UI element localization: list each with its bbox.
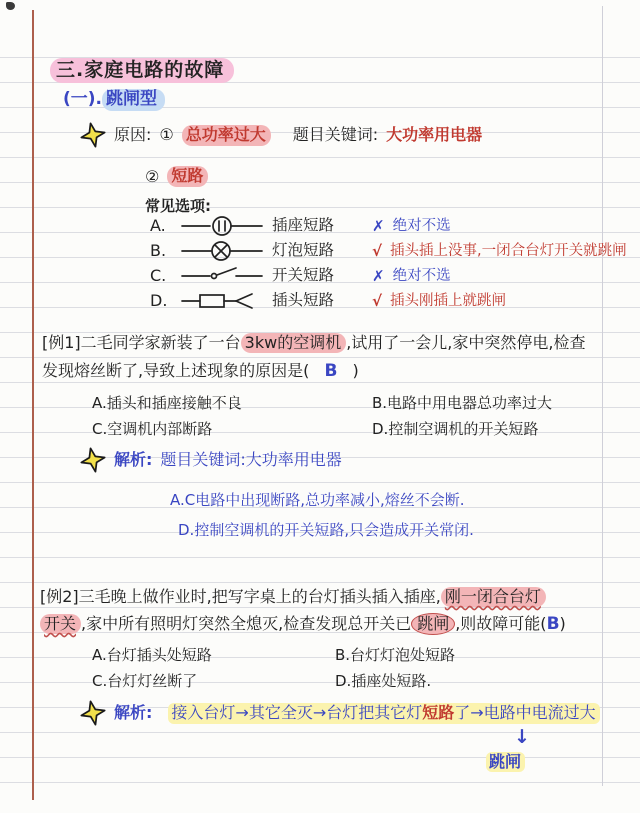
star-icon <box>78 120 109 151</box>
example1-line1: [例1]二毛同学家新装了一台3kw的空调机,试用了一会儿,家中突然停电,检查 <box>42 333 585 353</box>
option-letter: B. <box>150 241 172 261</box>
left-margin-line <box>32 10 34 800</box>
example2-text: ) <box>560 614 566 633</box>
example2-choice-a: A.台灯插头处短路 <box>92 646 212 665</box>
cross-mark-icon: ✗ <box>372 267 385 286</box>
example2-text: ,家中所有照明灯突然全熄灭,检查发现总开关已 <box>81 614 411 633</box>
example1-choice-b: B.电路中用电器总功率过大 <box>372 394 552 413</box>
lamp-symbol-icon <box>180 240 264 262</box>
analysis-label: 解析: <box>114 703 152 723</box>
option-comment: 插头刚插上就跳闸 <box>390 292 506 310</box>
example1-choice-d: D.控制空调机的开关短路 <box>372 420 538 439</box>
keyword-value: 大功率用电器 <box>386 125 482 145</box>
check-mark-icon: √ <box>372 242 382 261</box>
reason-item2: 短路 <box>167 166 208 187</box>
option-row-b: B. 灯泡短路 √ 插头插上没事,一闭合台灯开关就跳闸 <box>150 240 627 262</box>
option-comment: 绝对不选 <box>393 217 451 235</box>
option-comment: 绝对不选 <box>393 267 451 285</box>
star-icon <box>78 698 109 729</box>
option-row-c: C. 开关短路 ✗ 绝对不选 <box>150 265 451 287</box>
example2-line2: 开关,家中所有照明灯突然全熄灭,检查发现总开关已跳闸,则故障可能(B) <box>40 614 566 635</box>
example1-text: ) <box>353 361 359 380</box>
example2-line1: [例2]三毛晚上做作业时,把写字桌上的台灯插头插入插座,刚一闭合台灯 <box>40 587 546 607</box>
option-letter: C. <box>150 266 172 286</box>
reason-line: 原因: ① 总功率过大 题目关键词: 大功率用电器 <box>80 122 482 148</box>
option-name: 开关短路 <box>272 266 364 285</box>
cross-mark-icon: ✗ <box>372 217 385 236</box>
option-comment: 插头插上没事,一闭合台灯开关就跳闸 <box>390 242 627 260</box>
example2-highlight: 刚一闭合台灯 <box>441 587 546 607</box>
options-header: 常见选项: <box>145 197 211 216</box>
example1-analysis-line2: D.控制空调机的开关短路,只会造成开关常闭. <box>178 521 474 540</box>
example2-choice-c: C.台灯灯丝断了 <box>92 672 197 691</box>
example1-text: [例1]二毛同学家新装了一台 <box>42 333 241 352</box>
example1-line2: 发现熔丝断了,导致上述现象的原因是( B ) <box>42 361 359 382</box>
right-margin-line <box>602 6 603 786</box>
option-letter: A. <box>150 216 172 236</box>
option-name: 插头短路 <box>272 291 364 310</box>
page-title: 三.家庭电路的故障 <box>50 59 234 83</box>
example1-analysis-header: 解析: 题目关键词:大功率用电器 <box>80 447 342 473</box>
result-text: 跳闸 <box>486 752 525 772</box>
result-label: 跳闸 <box>486 752 525 772</box>
analysis-flow: 接入台灯→其它全灭→台灯把其它灯短路了→电路中电流过大 <box>168 703 599 724</box>
example1-text: 发现熔丝断了,导致上述现象的原因是( <box>42 361 309 380</box>
subtitle-prefix: (一). <box>63 89 102 109</box>
option-name: 灯泡短路 <box>272 241 364 260</box>
flow-short-circuit: 短路 <box>422 703 454 722</box>
example2-highlight: 开关 <box>40 614 81 634</box>
example2-analysis-header: 解析: 接入台灯→其它全灭→台灯把其它灯短路了→电路中电流过大 <box>80 700 600 726</box>
example2-text: ,则故障可能( <box>455 614 546 633</box>
reason-item1: 总功率过大 <box>182 125 271 146</box>
reason-item1-number: ① <box>159 125 173 145</box>
option-name: 插座短路 <box>272 216 364 235</box>
example1-choice-a: A.插头和插座接触不良 <box>92 394 242 413</box>
switch-symbol-icon <box>180 265 264 287</box>
keyword-label: 题目关键词: <box>293 125 378 145</box>
down-arrow-icon: ↓ <box>514 726 530 750</box>
star-icon <box>78 445 109 476</box>
example1-answer: B <box>324 361 337 381</box>
example1-highlight: 3kw的空调机 <box>241 333 347 353</box>
reason-label: 原因: <box>114 125 151 145</box>
reason-item2-number: ② <box>145 167 159 187</box>
plug-symbol-icon <box>180 290 264 312</box>
flow-text: 接入台灯→其它全灭→台灯把其它灯 <box>171 703 422 722</box>
subtitle-main: 跳闸型 <box>102 89 165 111</box>
option-letter: D. <box>150 291 172 311</box>
example2-choice-b: B.台灯灯泡处短路 <box>335 646 455 665</box>
example2-tripped-highlight: 跳闸 <box>411 613 455 635</box>
notebook-page: 三.家庭电路的故障 (一).跳闸型 原因: ① 总功率过大 题目关键词: 大功率… <box>0 0 640 813</box>
flow-text: 了→电路中电流过大 <box>454 703 595 722</box>
example1-choice-c: C.空调机内部断路 <box>92 420 212 439</box>
page-title-text: 三.家庭电路的故障 <box>50 58 234 83</box>
example1-text: ,试用了一会儿,家中突然停电,检查 <box>346 333 585 352</box>
example1-analysis-line1: A.C电路中出现断路,总功率减小,熔丝不会断. <box>170 491 465 510</box>
analysis-label: 解析: <box>114 450 152 470</box>
reason-item2-line: ② 短路 <box>145 166 208 187</box>
socket-symbol-icon <box>180 215 264 237</box>
example2-text: [例2]三毛晚上做作业时,把写字桌上的台灯插头插入插座, <box>40 587 441 606</box>
option-row-a: A. 插座短路 ✗ 绝对不选 <box>150 215 451 237</box>
option-row-d: D. 插头短路 √ 插头刚插上就跳闸 <box>150 290 506 312</box>
analysis-keyword: 题目关键词:大功率用电器 <box>160 450 341 470</box>
check-mark-icon: √ <box>372 292 382 311</box>
example2-choice-d: D.插座处短路. <box>335 672 431 691</box>
page-corner-mark <box>6 2 15 10</box>
section-subtitle: (一).跳闸型 <box>63 89 165 110</box>
example2-answer: B <box>547 614 560 634</box>
